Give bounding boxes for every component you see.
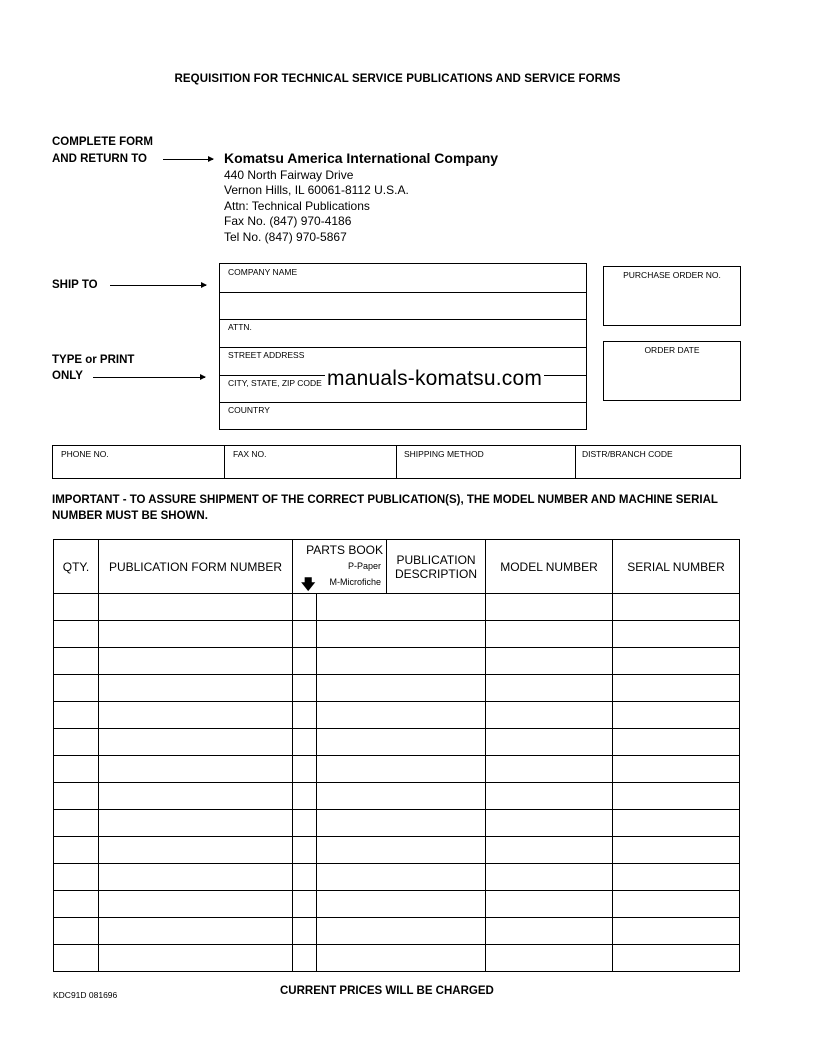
table-row bbox=[54, 594, 740, 621]
qty-cell[interactable] bbox=[54, 864, 99, 891]
form-number-cell[interactable] bbox=[99, 918, 293, 945]
down-arrow-icon: 🡇 bbox=[301, 574, 315, 598]
table-row bbox=[54, 864, 740, 891]
parts-book-code-cell[interactable] bbox=[293, 621, 317, 648]
purchase-order-label: PURCHASE ORDER NO. bbox=[604, 270, 740, 280]
description-cell[interactable] bbox=[317, 783, 486, 810]
parts-book-code-cell[interactable] bbox=[293, 810, 317, 837]
qty-cell[interactable] bbox=[54, 621, 99, 648]
parts-book-code-cell[interactable] bbox=[293, 945, 317, 972]
description-cell[interactable] bbox=[317, 675, 486, 702]
company-name: Komatsu America International Company bbox=[224, 150, 498, 166]
qty-cell[interactable] bbox=[54, 675, 99, 702]
table-body bbox=[54, 594, 740, 972]
return-arrow-icon bbox=[163, 159, 213, 160]
qty-cell[interactable] bbox=[54, 702, 99, 729]
serial-cell[interactable] bbox=[613, 891, 740, 918]
qty-header: QTY. bbox=[54, 540, 99, 594]
form-number-cell[interactable] bbox=[99, 702, 293, 729]
table-row bbox=[54, 810, 740, 837]
order-date-label: ORDER DATE bbox=[604, 345, 740, 355]
model-cell[interactable] bbox=[486, 810, 613, 837]
form-number-cell[interactable] bbox=[99, 864, 293, 891]
form-number-cell[interactable] bbox=[99, 756, 293, 783]
form-title: REQUISITION FOR TECHNICAL SERVICE PUBLIC… bbox=[0, 73, 795, 85]
form-number-header: PUBLICATION FORM NUMBER bbox=[99, 540, 293, 594]
serial-cell[interactable] bbox=[613, 621, 740, 648]
serial-cell[interactable] bbox=[613, 594, 740, 621]
model-cell[interactable] bbox=[486, 729, 613, 756]
table-row bbox=[54, 621, 740, 648]
description-cell[interactable] bbox=[317, 621, 486, 648]
parts-book-code-cell[interactable] bbox=[293, 837, 317, 864]
company-name-line2-field[interactable] bbox=[220, 293, 586, 319]
publications-table: QTY. PUBLICATION FORM NUMBER PARTS BOOK … bbox=[53, 539, 740, 972]
model-cell[interactable] bbox=[486, 702, 613, 729]
watermark: manuals-komatsu.com bbox=[325, 367, 544, 391]
description-cell[interactable] bbox=[317, 918, 486, 945]
distr-branch-label: DISTR/BRANCH CODE bbox=[582, 449, 673, 459]
qty-cell[interactable] bbox=[54, 756, 99, 783]
fax-field[interactable]: FAX NO. bbox=[225, 446, 395, 478]
ship-to-label: SHIP TO bbox=[52, 279, 98, 291]
form-number-cell[interactable] bbox=[99, 594, 293, 621]
qty-cell[interactable] bbox=[54, 783, 99, 810]
type-print-arrow-icon bbox=[93, 377, 205, 378]
model-header: MODEL NUMBER bbox=[486, 540, 613, 594]
form-number-cell[interactable] bbox=[99, 729, 293, 756]
serial-cell[interactable] bbox=[613, 810, 740, 837]
ship-to-box: COMPANY NAME ATTN. STREET ADDRESS CITY, … bbox=[219, 263, 587, 430]
table-row bbox=[54, 891, 740, 918]
order-date-box[interactable]: ORDER DATE bbox=[603, 341, 741, 401]
address-fax: Fax No. (847) 970-4186 bbox=[224, 214, 351, 228]
distr-branch-field[interactable]: DISTR/BRANCH CODE bbox=[576, 446, 740, 478]
serial-cell[interactable] bbox=[613, 864, 740, 891]
qty-cell[interactable] bbox=[54, 945, 99, 972]
qty-cell[interactable] bbox=[54, 810, 99, 837]
description-header-line2: DESCRIPTION bbox=[387, 567, 485, 581]
serial-cell[interactable] bbox=[613, 648, 740, 675]
shipping-method-field[interactable]: SHIPPING METHOD bbox=[397, 446, 574, 478]
qty-cell[interactable] bbox=[54, 891, 99, 918]
model-cell[interactable] bbox=[486, 864, 613, 891]
important-notice: IMPORTANT - TO ASSURE SHIPMENT OF THE CO… bbox=[52, 492, 752, 524]
parts-book-code-cell[interactable] bbox=[293, 648, 317, 675]
description-header-line1: PUBLICATION bbox=[387, 553, 485, 567]
table-row bbox=[54, 783, 740, 810]
form-number-cell[interactable] bbox=[99, 837, 293, 864]
form-number-cell[interactable] bbox=[99, 675, 293, 702]
serial-cell[interactable] bbox=[613, 675, 740, 702]
serial-cell[interactable] bbox=[613, 918, 740, 945]
parts-book-code-cell[interactable] bbox=[293, 702, 317, 729]
type-print-only-label: ONLY bbox=[52, 370, 83, 382]
phone-field[interactable]: PHONE NO. bbox=[53, 446, 224, 478]
model-cell[interactable] bbox=[486, 918, 613, 945]
form-number-cell[interactable] bbox=[99, 621, 293, 648]
table-row bbox=[54, 918, 740, 945]
parts-book-header: PARTS BOOK P-Paper 🡇 M-Microfiche bbox=[293, 540, 387, 594]
country-field[interactable] bbox=[220, 403, 586, 429]
table-row bbox=[54, 702, 740, 729]
parts-book-code-cell[interactable] bbox=[293, 864, 317, 891]
fax-label: FAX NO. bbox=[233, 449, 267, 459]
table-row bbox=[54, 945, 740, 972]
model-cell[interactable] bbox=[486, 648, 613, 675]
serial-cell[interactable] bbox=[613, 783, 740, 810]
parts-book-code-cell[interactable] bbox=[293, 891, 317, 918]
address-attn: Attn: Technical Publications bbox=[224, 199, 370, 213]
company-name-field[interactable] bbox=[220, 264, 586, 292]
address-city: Vernon Hills, IL 60061-8112 U.S.A. bbox=[224, 183, 409, 197]
form-number-cell[interactable] bbox=[99, 648, 293, 675]
serial-cell[interactable] bbox=[613, 756, 740, 783]
description-cell[interactable] bbox=[317, 810, 486, 837]
parts-book-title: PARTS BOOK bbox=[293, 543, 383, 557]
description-cell[interactable] bbox=[317, 702, 486, 729]
form-code: KDC91D 081696 bbox=[53, 990, 117, 1000]
shipping-method-label: SHIPPING METHOD bbox=[404, 449, 484, 459]
qty-cell[interactable] bbox=[54, 837, 99, 864]
description-cell[interactable] bbox=[317, 756, 486, 783]
description-cell[interactable] bbox=[317, 864, 486, 891]
purchase-order-box[interactable]: PURCHASE ORDER NO. bbox=[603, 266, 741, 326]
model-cell[interactable] bbox=[486, 891, 613, 918]
parts-book-code-cell[interactable] bbox=[293, 675, 317, 702]
parts-book-code-cell[interactable] bbox=[293, 729, 317, 756]
qty-cell[interactable] bbox=[54, 729, 99, 756]
table-header-row: QTY. PUBLICATION FORM NUMBER PARTS BOOK … bbox=[54, 540, 740, 594]
form-number-cell[interactable] bbox=[99, 945, 293, 972]
model-cell[interactable] bbox=[486, 756, 613, 783]
address-street: 440 North Fairway Drive bbox=[224, 168, 353, 182]
parts-book-code-cell[interactable] bbox=[293, 756, 317, 783]
model-cell[interactable] bbox=[486, 675, 613, 702]
microfiche-option-label: M-Microfiche bbox=[329, 577, 381, 587]
address-tel: Tel No. (847) 970-5867 bbox=[224, 230, 347, 244]
prices-notice: CURRENT PRICES WILL BE CHARGED bbox=[280, 985, 494, 997]
serial-cell[interactable] bbox=[613, 945, 740, 972]
description-cell[interactable] bbox=[317, 729, 486, 756]
table-row bbox=[54, 837, 740, 864]
description-header: PUBLICATION DESCRIPTION bbox=[387, 540, 486, 594]
model-cell[interactable] bbox=[486, 783, 613, 810]
return-to-label: AND RETURN TO bbox=[52, 153, 147, 165]
form-number-cell[interactable] bbox=[99, 810, 293, 837]
serial-cell[interactable] bbox=[613, 729, 740, 756]
description-cell[interactable] bbox=[317, 891, 486, 918]
serial-cell[interactable] bbox=[613, 837, 740, 864]
parts-book-code-cell[interactable] bbox=[293, 783, 317, 810]
description-cell[interactable] bbox=[317, 594, 486, 621]
ship-to-arrow-icon bbox=[110, 285, 206, 286]
form-number-cell[interactable] bbox=[99, 783, 293, 810]
serial-header: SERIAL NUMBER bbox=[613, 540, 740, 594]
contact-row: PHONE NO. FAX NO. SHIPPING METHOD DISTR/… bbox=[52, 445, 741, 479]
table-row bbox=[54, 648, 740, 675]
table-row bbox=[54, 756, 740, 783]
description-cell[interactable] bbox=[317, 837, 486, 864]
qty-cell[interactable] bbox=[54, 594, 99, 621]
parts-book-code-cell[interactable] bbox=[293, 918, 317, 945]
qty-cell[interactable] bbox=[54, 918, 99, 945]
complete-form-label: COMPLETE FORM bbox=[52, 136, 153, 148]
paper-option-label: P-Paper bbox=[348, 561, 381, 571]
qty-cell[interactable] bbox=[54, 648, 99, 675]
description-cell[interactable] bbox=[317, 648, 486, 675]
phone-label: PHONE NO. bbox=[61, 449, 109, 459]
table-row bbox=[54, 729, 740, 756]
form-number-cell[interactable] bbox=[99, 891, 293, 918]
type-print-label: TYPE or PRINT bbox=[52, 354, 134, 366]
serial-cell[interactable] bbox=[613, 702, 740, 729]
description-cell[interactable] bbox=[317, 945, 486, 972]
model-cell[interactable] bbox=[486, 594, 613, 621]
model-cell[interactable] bbox=[486, 621, 613, 648]
model-cell[interactable] bbox=[486, 837, 613, 864]
model-cell[interactable] bbox=[486, 945, 613, 972]
table-row bbox=[54, 675, 740, 702]
attn-field[interactable] bbox=[220, 320, 586, 347]
